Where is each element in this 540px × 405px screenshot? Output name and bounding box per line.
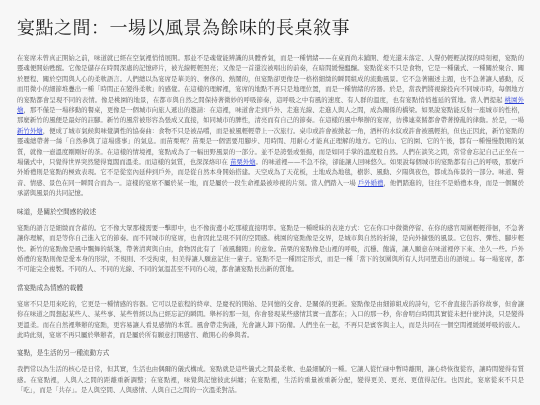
link-hsinchu-catering[interactable]: 新竹外燴 [17,127,43,135]
page-title: 宴點之間：一場以風景為餘味的長桌敘事 [17,14,524,40]
link-outdoor-wedding[interactable]: 戶外婚禮 [358,179,384,187]
intro-text-1: 在宴席未曾真正開始之前，味道就已經在空氣裡悄悄展開。那並不是魂覺能辨識的具體香氣… [17,54,524,104]
section-paragraph-taste-space: 宴點的語言是細緻而含蓄的。它不像大眾那樣需要一擊即中，也不像街邊小吃那樣直接明率… [17,223,524,275]
intro-text-2: ，那不僅是一場移動的餐桌，更像是一個城市向旅人遞出的邀請：在這裡，味道會走到戶外… [17,106,524,124]
link-miaoli-catering[interactable]: 苗栗外燴 [230,158,256,166]
intro-paragraph: 在宴席未曾真正開始之前，味道就已經在空氣裡悄悄展開。那並不是魂覺能辨識的具體香氣… [17,53,524,199]
section-heading-life-flow: 宴點，是生活的另一種流動方式 [17,347,524,357]
section-heading-taste-space: 味道，是關於空間感的敘述 [17,206,524,216]
section-heading-emotion: 當宴點成為情感的載體 [17,282,524,292]
section-paragraph-life-flow: 我們常以為生活的核心是日常，但其實，生活也由偶爾的儀式構成。宴點就是這些儀式之間… [17,364,524,395]
section-paragraph-emotion: 宴席不只是用來吃的，它更是一種情感的容器。它可以是旅程的終章、是慶祝的開始、是同… [17,299,524,341]
article: 宴點之間：一場以風景為餘味的長桌敘事 在宴席未曾真正開始之前，味道就已經在空氣裡… [0,0,540,405]
